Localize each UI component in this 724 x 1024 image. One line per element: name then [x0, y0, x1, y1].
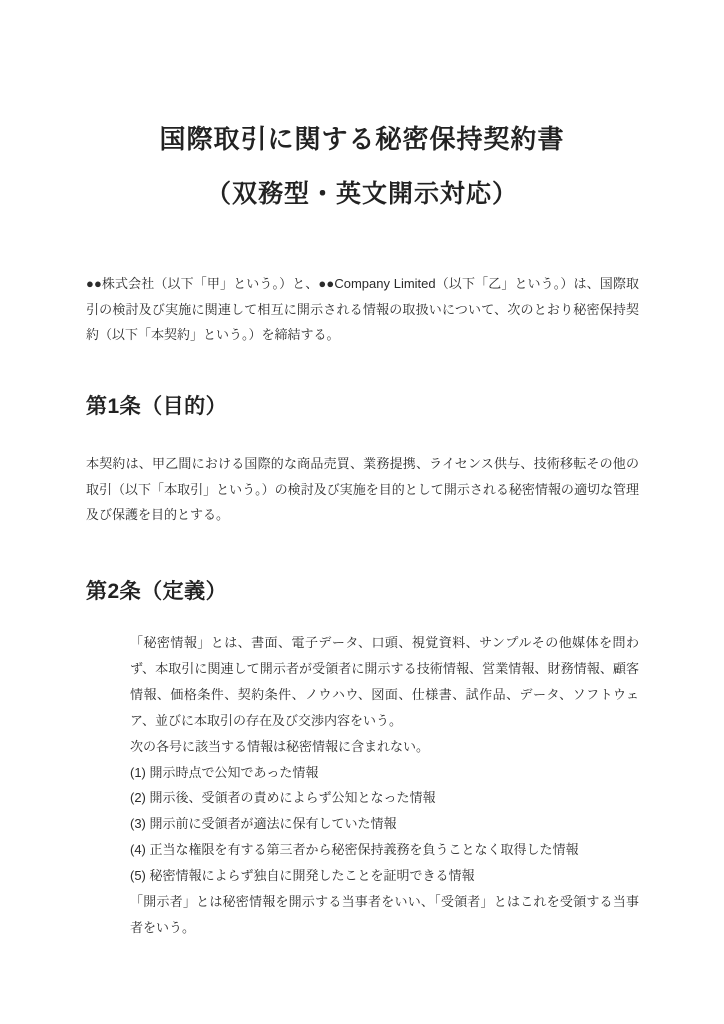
article-1-body: 本契約は、甲乙間における国際的な商品売買、業務提携、ライセンス供与、技術移転その… — [86, 451, 639, 528]
article-2-body: 「秘密情報」とは、書面、電子データ、口頭、視覚資料、サンプルその他媒体を問わず、… — [130, 630, 639, 941]
document-page: 国際取引に関する秘密保持契約書 （双務型・英文開示対応） ●●株式会社（以下「甲… — [0, 0, 724, 1024]
exclusions-intro: 次の各号に該当する情報は秘密情報に含まれない。 — [130, 734, 639, 760]
article-1-heading: 第1条（目的） — [86, 392, 227, 422]
exclusion-item-3: (3) 開示前に受領者が適法に保有していた情報 — [130, 811, 639, 837]
document-subtitle: （双務型・英文開示対応） — [0, 178, 724, 210]
exclusion-item-1: (1) 開示時点で公知であった情報 — [130, 760, 639, 786]
exclusion-item-5: (5) 秘密情報によらず独自に開発したことを証明できる情報 — [130, 863, 639, 889]
parties-note: 「開示者」とは秘密情報を開示する当事者をいい、「受領者」とはこれを受領する当事者… — [130, 889, 639, 941]
exclusion-item-2: (2) 開示後、受領者の責めによらず公知となった情報 — [130, 785, 639, 811]
document-title: 国際取引に関する秘密保持契約書 — [0, 122, 724, 156]
exclusion-item-4: (4) 正当な権限を有する第三者から秘密保持義務を負うことなく取得した情報 — [130, 837, 639, 863]
article-2-heading: 第2条（定義） — [86, 577, 227, 607]
preamble-paragraph: ●●株式会社（以下「甲」という。）と、●●Company Limited（以下「… — [86, 271, 639, 348]
definition-paragraph: 「秘密情報」とは、書面、電子データ、口頭、視覚資料、サンプルその他媒体を問わず、… — [130, 630, 639, 734]
